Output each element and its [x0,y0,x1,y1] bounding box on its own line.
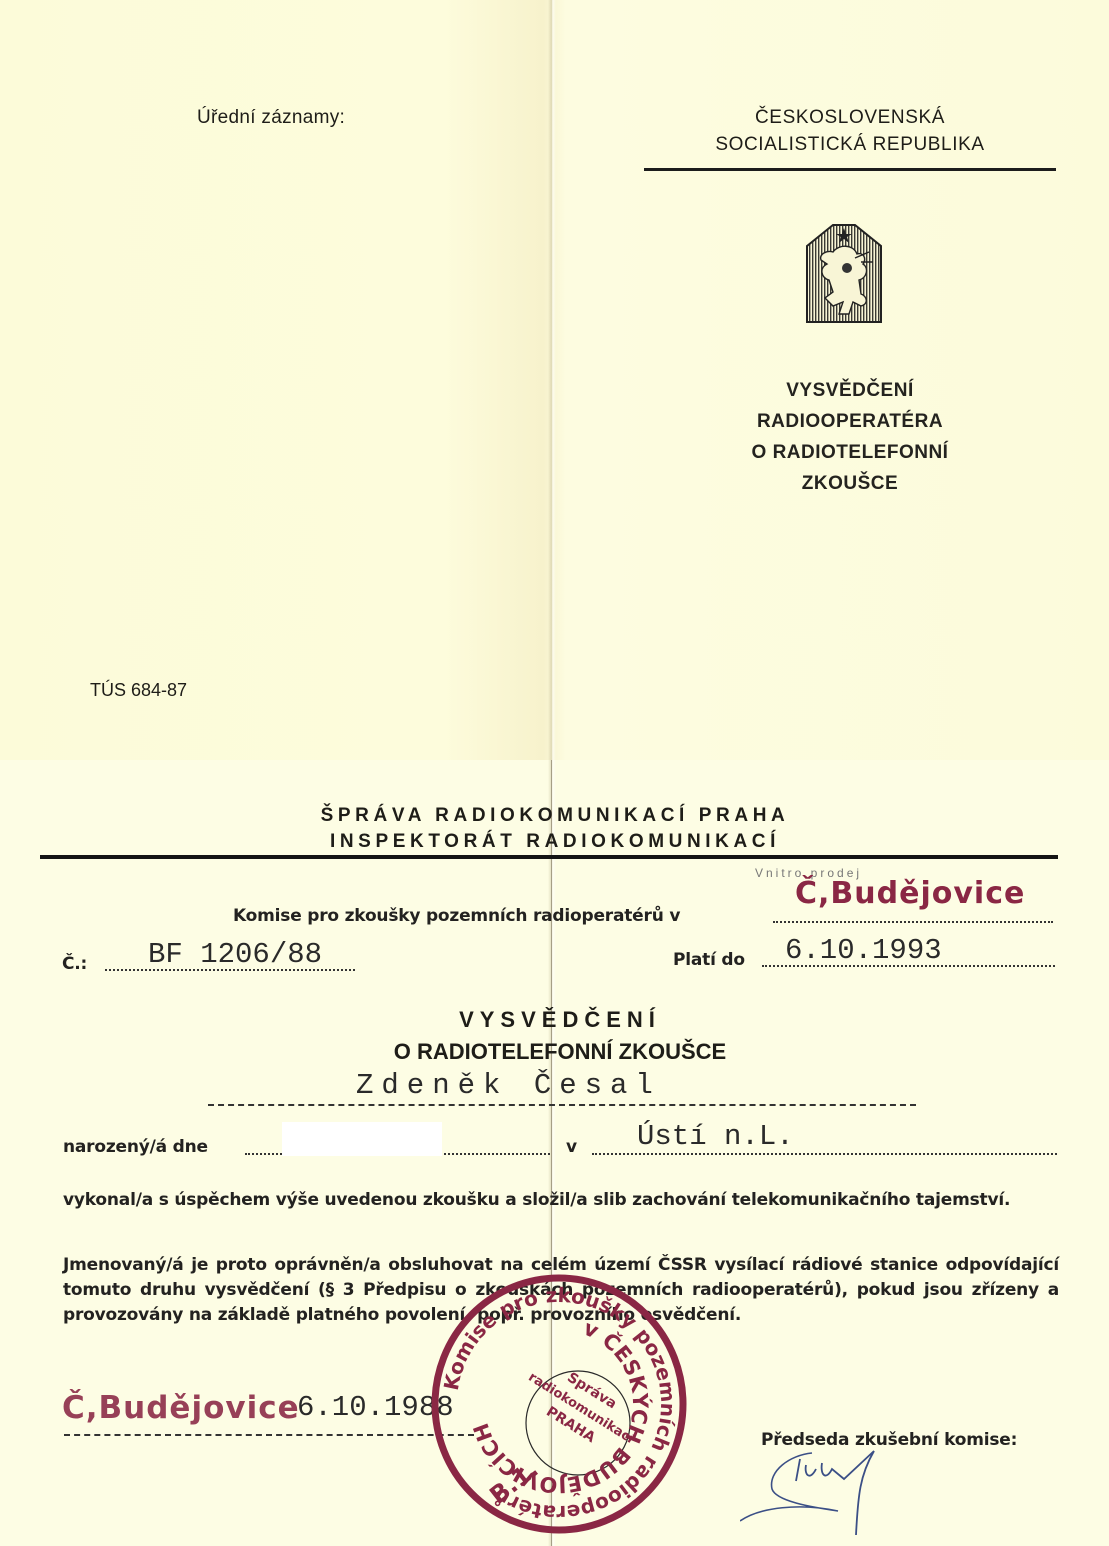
country-line-2: SOCIALISTICKÁ REPUBLIKA [645,131,1055,158]
born-place-value: Ústí n.L. [637,1120,794,1153]
issuer-line-2: INSPEKTORÁT RADIOKOMUNIKACÍ [200,829,910,855]
certificate-number: BF 1206/88 [148,938,322,971]
cover-title-line-4: ZKOUŠCE [700,468,1000,499]
issuer-header: ŠPRÁVA RADIOKOMUNIKACÍ PRAHA INSPEKTORÁT… [200,803,910,855]
form-code: TÚS 684-87 [90,680,187,701]
valid-until-label: Platí do [673,950,745,970]
holder-name-line [208,1103,916,1106]
cover-title-line-1: VYSVĚDČENÍ [700,375,1000,406]
country-line-1: ČESKOSLOVENSKÁ [645,104,1055,131]
cover-title-line-2: RADIOOPERATÉRA [700,406,1000,437]
country-name: ČESKOSLOVENSKÁ SOCIALISTICKÁ REPUBLIKA [645,104,1055,158]
issue-place-stamp: Č,Budějovice [62,1390,300,1426]
born-label: narozený/á dne [63,1137,208,1157]
commission-location-stamp: Č,Budějovice [795,876,1025,911]
valid-until-value: 6.10.1993 [785,934,942,967]
issuer-line-1: ŠPRÁVA RADIOKOMUNIKACÍ PRAHA [200,803,910,829]
exam-statement: vykonal/a s úspěchem výše uvedenou zkouš… [63,1188,1059,1213]
issuer-divider [40,855,1058,859]
coat-of-arms-icon [803,222,885,324]
certificate-title-line-2: O RADIOTELEFONNÍ ZKOUŠCE [300,1036,820,1068]
issue-line [64,1433,474,1436]
stamp-middle-text: v ČESKÝCH BUDĚJOVICÍCH [469,1316,654,1498]
number-label: Č.: [62,954,87,974]
certificate-title-line-1: VYSVĚDČENÍ [300,1004,820,1036]
cover-title: VYSVĚDČENÍ RADIOOPERATÉRA O RADIOTELEFON… [700,375,1000,499]
official-records-label: Úřední záznamy: [197,107,345,129]
commission-field-line [773,920,1053,923]
born-place-label: v [566,1137,577,1157]
header-divider [644,168,1056,171]
certificate-title: VYSVĚDČENÍ O RADIOTELEFONNÍ ZKOUŠCE [300,1004,820,1068]
official-round-stamp: Komise pro zkoušky pozemních radiooperat… [428,1273,690,1535]
signature [740,1445,980,1545]
svg-text:v ČESKÝCH BUDĚJOVICÍCH: v ČESKÝCH BUDĚJOVICÍCH [469,1316,654,1498]
cover-title-line-3: O RADIOTELEFONNÍ [700,437,1000,468]
born-date-redaction [282,1122,442,1156]
commission-label: Komise pro zkoušky pozemních radioperaté… [233,906,680,926]
holder-name: Zdeněk Česal [356,1069,661,1102]
